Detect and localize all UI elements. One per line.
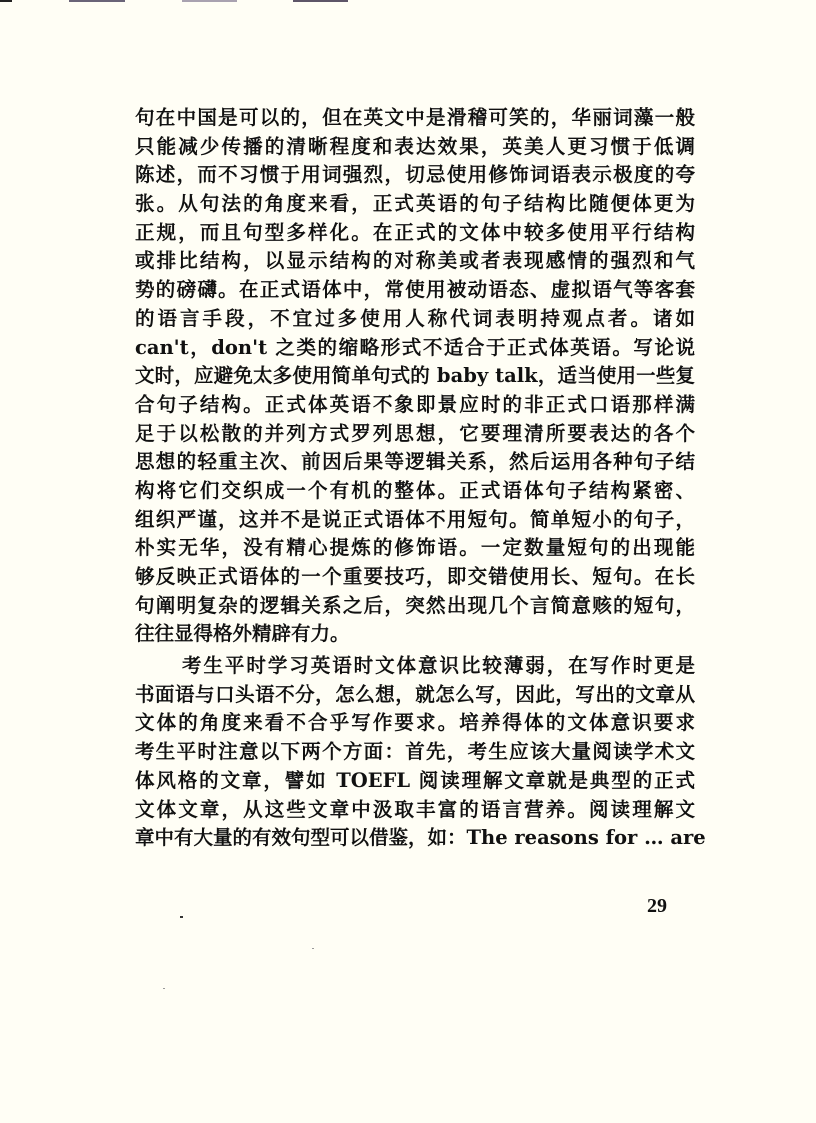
scan-artifact-line xyxy=(69,0,125,2)
page-number: 29 xyxy=(647,895,667,918)
text-line: 文体的角度来看不合乎写作要求。培养得体的文体意识要求 xyxy=(135,709,695,738)
text-line: 张。从句法的角度来看，正式英语的句子结构比随便体更为 xyxy=(135,190,695,219)
scan-artifact-line xyxy=(182,0,237,2)
text-line: 势的磅礴。在正式语体中，常使用被动语态、虚拟语气等客套 xyxy=(135,276,695,305)
text-line: 书面语与口头语不分，怎么想，就怎么写，因此，写出的文章从 xyxy=(135,681,695,710)
text-line: can't，don't 之类的缩略形式不适合于正式体英语。写论说 xyxy=(135,334,695,363)
text-line: 朴实无华，没有精心提炼的修饰语。一定数量短句的出现能 xyxy=(135,534,695,563)
text-line: 构将它们交织成一个有机的整体。正式语体句子结构紧密、 xyxy=(135,477,695,506)
text-line: 陈述，而不习惯于用词强烈，切忌使用修饰词语表示极度的夸 xyxy=(135,161,695,190)
scan-artifact-line xyxy=(293,0,348,2)
text-line: 思想的轻重主次、前因后果等逻辑关系，然后运用各种句子结 xyxy=(135,448,695,477)
text-line: 考生平时注意以下两个方面：首先，考生应该大量阅读学术文 xyxy=(135,738,695,767)
text-line: 句阐明复杂的逻辑关系之后，突然出现几个言简意赅的短句， xyxy=(135,592,695,621)
scan-artifact-line xyxy=(0,0,12,2)
scan-speck xyxy=(312,948,314,949)
text-line: 正规，而且句型多样化。在正式的文体中较多使用平行结构 xyxy=(135,219,695,248)
paragraph-2: 考生平时学习英语时文体意识比较薄弱，在写作时更是 书面语与口头语不分，怎么想，就… xyxy=(135,652,695,853)
text-line: 考生平时学习英语时文体意识比较薄弱，在写作时更是 xyxy=(135,652,695,681)
text-line: 合句子结构。正式体英语不象即景应时的非正式口语那样满 xyxy=(135,391,695,420)
text-line: 够反映正式语体的一个重要技巧，即交错使用长、短句。在长 xyxy=(135,563,695,592)
text-line: 句在中国是可以的，但在英文中是滑稽可笑的，华丽词藻一般 xyxy=(135,104,695,133)
text-line: 文时，应避免太多使用简单句式的 baby talk，适当使用一些复 xyxy=(135,362,695,391)
text-line: 只能减少传播的清晰程度和表达效果，英美人更习惯于低调 xyxy=(135,133,695,162)
text-line: 组织严谨，这并不是说正式语体不用短句。简单短小的句子， xyxy=(135,506,695,535)
paragraph-1: 句在中国是可以的，但在英文中是滑稽可笑的，华丽词藻一般 只能减少传播的清晰程度和… xyxy=(135,104,695,649)
text-line: 体风格的文章，譬如 TOEFL 阅读理解文章就是典型的正式 xyxy=(135,767,695,796)
scan-speck xyxy=(180,916,183,918)
page-body: 句在中国是可以的，但在英文中是滑稽可笑的，华丽词藻一般 只能减少传播的清晰程度和… xyxy=(135,104,695,853)
text-line: 章中有大量的有效句型可以借鉴，如：The reasons for … are xyxy=(135,824,695,853)
text-line: 文体文章，从这些文章中汲取丰富的语言营养。阅读理解文 xyxy=(135,796,695,825)
text-line: 的语言手段，不宜过多使用人称代词表明持观点者。诸如 xyxy=(135,305,695,334)
text-line: 足于以松散的并列方式罗列思想，它要理清所要表达的各个 xyxy=(135,420,695,449)
scan-speck xyxy=(163,988,165,989)
text-line: 往往显得格外精辟有力。 xyxy=(135,620,695,649)
text-line: 或排比结构，以显示结构的对称美或者表现感情的强烈和气 xyxy=(135,247,695,276)
